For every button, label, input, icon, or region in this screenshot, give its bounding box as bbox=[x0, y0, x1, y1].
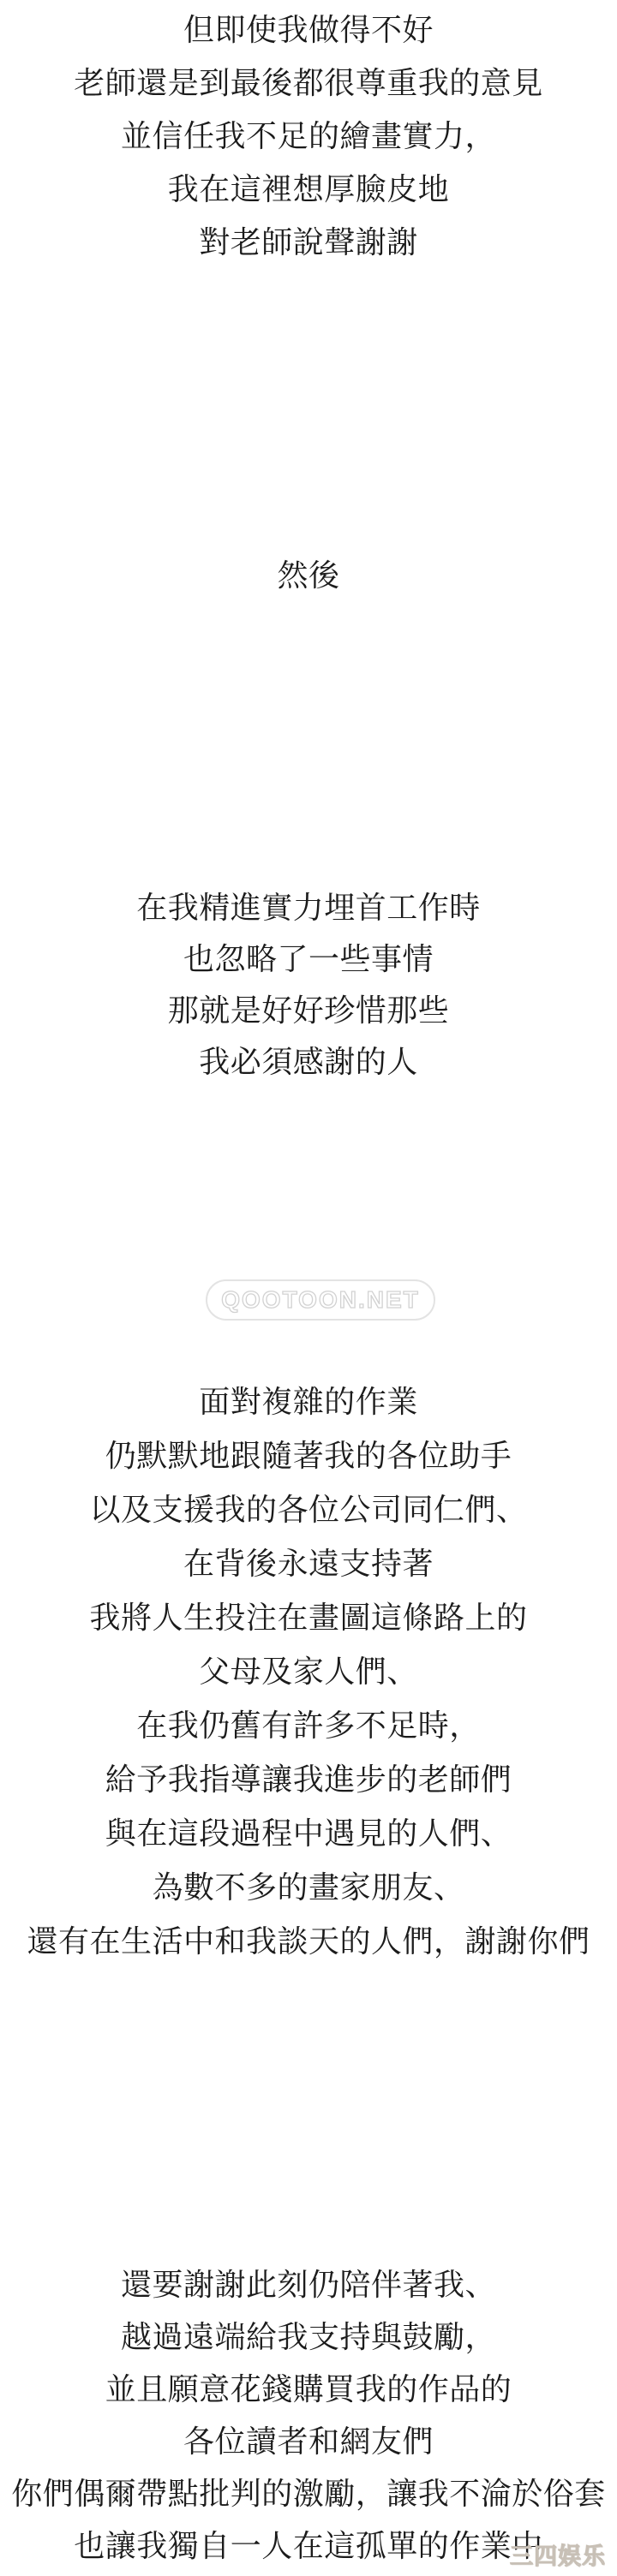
corner-watermark: 三四娱乐 bbox=[510, 2537, 606, 2571]
credit-line: 在背後永遠支持著 bbox=[0, 1536, 617, 1590]
credit-line: 那就是好好珍惜那些 bbox=[0, 985, 617, 1036]
credit-line: 父母及家人們、 bbox=[0, 1644, 617, 1698]
credit-line: 越過遠端給我支持與鼓勵， bbox=[0, 2311, 617, 2363]
credit-line: 對老師說聲謝謝 bbox=[0, 216, 617, 269]
credit-line: 然後 bbox=[0, 549, 617, 602]
credit-line: 我將人生投注在畫圖這條路上的 bbox=[0, 1590, 617, 1644]
credit-line: 給予我指導讓我進步的老師們 bbox=[0, 1752, 617, 1806]
credit-line: 並且願意花錢購買我的作品的 bbox=[0, 2363, 617, 2415]
credit-line: 為數不多的畫家朋友、 bbox=[0, 1860, 617, 1914]
credit-line: 但即使我做得不好 bbox=[0, 3, 617, 57]
credit-line: 面對複雜的作業 bbox=[0, 1374, 617, 1428]
credit-line: 以及支援我的各位公司同仁們、 bbox=[0, 1482, 617, 1536]
credit-line: 還要謝謝此刻仍陪伴著我、 bbox=[0, 2258, 617, 2311]
credit-line: 還有在生活中和我談天的人們，謝謝你們 bbox=[0, 1914, 617, 1968]
credit-line: 各位讀者和網友們 bbox=[0, 2415, 617, 2467]
credit-line: 與在這段過程中遇見的人們、 bbox=[0, 1806, 617, 1860]
credit-line: 在我精進實力埋首工作時 bbox=[0, 882, 617, 933]
credit-line: 老師還是到最後都很尊重我的意見 bbox=[0, 57, 617, 110]
credit-line: 我在這裡想厚臉皮地 bbox=[0, 163, 617, 216]
credit-line: 在我仍舊有許多不足時， bbox=[0, 1698, 617, 1752]
credit-line: 仍默默地跟隨著我的各位助手 bbox=[0, 1428, 617, 1482]
credits-paragraph-5: 還要謝謝此刻仍陪伴著我、 越過遠端給我支持與鼓勵， 並且願意花錢購買我的作品的 … bbox=[0, 2258, 617, 2572]
qootoon-watermark-text: QOOTOON.NET bbox=[221, 1286, 420, 1314]
credits-paragraph-3: 在我精進實力埋首工作時 也忽略了一些事情 那就是好好珍惜那些 我必須感謝的人 bbox=[0, 882, 617, 1088]
credit-line: 也忽略了一些事情 bbox=[0, 933, 617, 985]
credit-line: 我必須感謝的人 bbox=[0, 1036, 617, 1088]
credit-line: 並信任我不足的繪畫實力， bbox=[0, 110, 617, 163]
webtoon-credits-page: 但即使我做得不好 老師還是到最後都很尊重我的意見 並信任我不足的繪畫實力， 我在… bbox=[0, 0, 617, 2576]
qootoon-watermark: QOOTOON.NET bbox=[206, 1279, 435, 1321]
credits-paragraph-4: 面對複雜的作業 仍默默地跟隨著我的各位助手 以及支援我的各位公司同仁們、 在背後… bbox=[0, 1374, 617, 1968]
credit-line: 你們偶爾帶點批判的激勵，讓我不淪於俗套 bbox=[0, 2467, 617, 2519]
credits-paragraph-2: 然後 bbox=[0, 549, 617, 602]
credits-paragraph-1: 但即使我做得不好 老師還是到最後都很尊重我的意見 並信任我不足的繪畫實力， 我在… bbox=[0, 3, 617, 269]
